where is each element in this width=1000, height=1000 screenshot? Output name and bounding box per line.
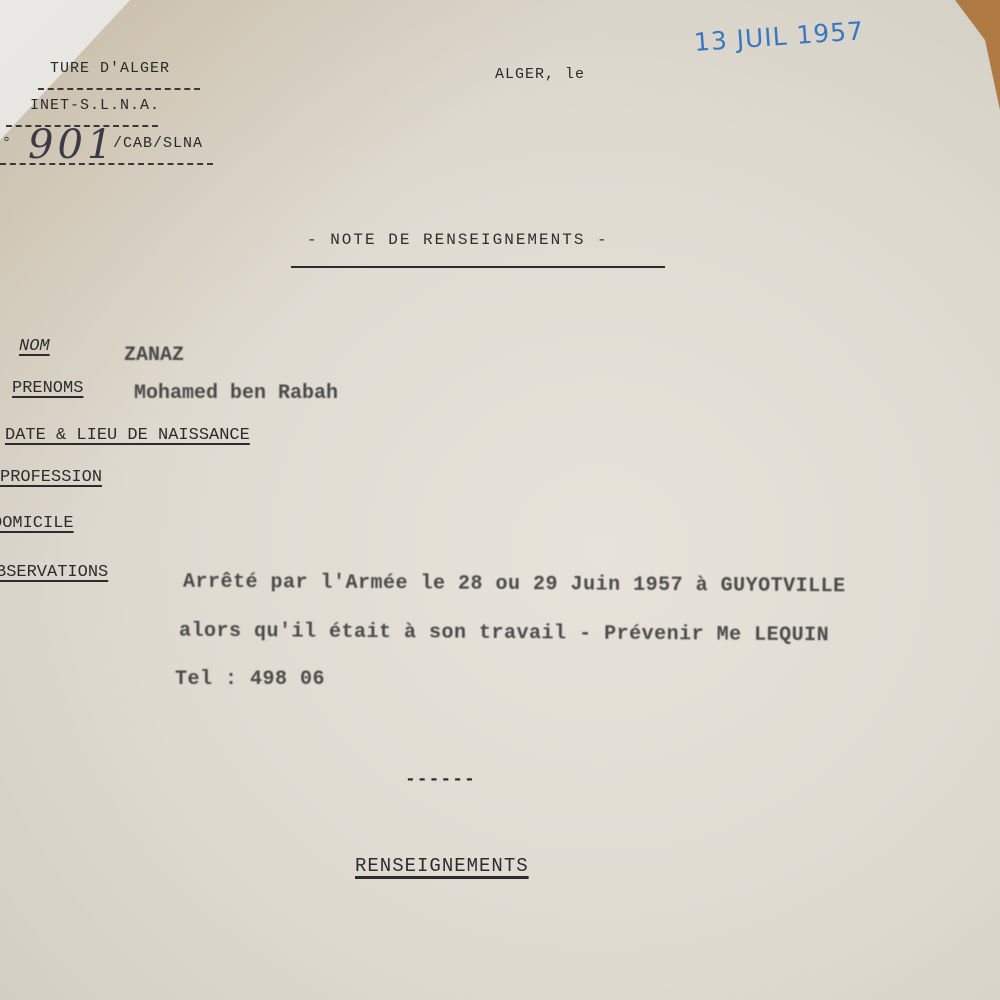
document-title: - NOTE DE RENSEIGNEMENTS - xyxy=(307,231,609,249)
handwritten-ref-number: 901 xyxy=(28,122,116,168)
ref-prefix: ° xyxy=(2,135,12,152)
observation-line-1: Arrêté par l'Armée le 28 ou 29 Juin 1957… xyxy=(183,571,846,599)
field-value-nom: ZANAZ xyxy=(124,344,184,367)
cabinet-line: INET-S.L.N.A. xyxy=(30,97,160,114)
field-label-profession: PROFESSION xyxy=(0,468,102,487)
title-underline xyxy=(291,266,665,268)
observation-line-3: Tel : 498 06 xyxy=(175,668,325,691)
field-label-observations: BSERVATIONS xyxy=(0,563,108,582)
field-label-domicile: DOMICILE xyxy=(0,514,74,533)
header-dashed-rule-3 xyxy=(0,163,213,165)
place-date: ALGER, le xyxy=(495,66,585,83)
observation-line-2: alors qu'il était à son travail - Préven… xyxy=(179,620,829,648)
field-label-prenoms: PRENOMS xyxy=(12,379,83,398)
field-label-naissance: DATE & LIEU DE NAISSANCE xyxy=(5,426,250,445)
field-value-prenoms: Mohamed ben Rabah xyxy=(134,382,338,405)
section-heading: RENSEIGNEMENTS xyxy=(355,855,529,877)
separator-dashes: ------ xyxy=(405,770,476,790)
ref-suffix: /CAB/SLNA xyxy=(113,135,203,152)
header-dashed-rule-1 xyxy=(38,88,200,90)
field-label-nom: NOM xyxy=(19,337,50,356)
office-line: TURE D'ALGER xyxy=(50,60,170,77)
